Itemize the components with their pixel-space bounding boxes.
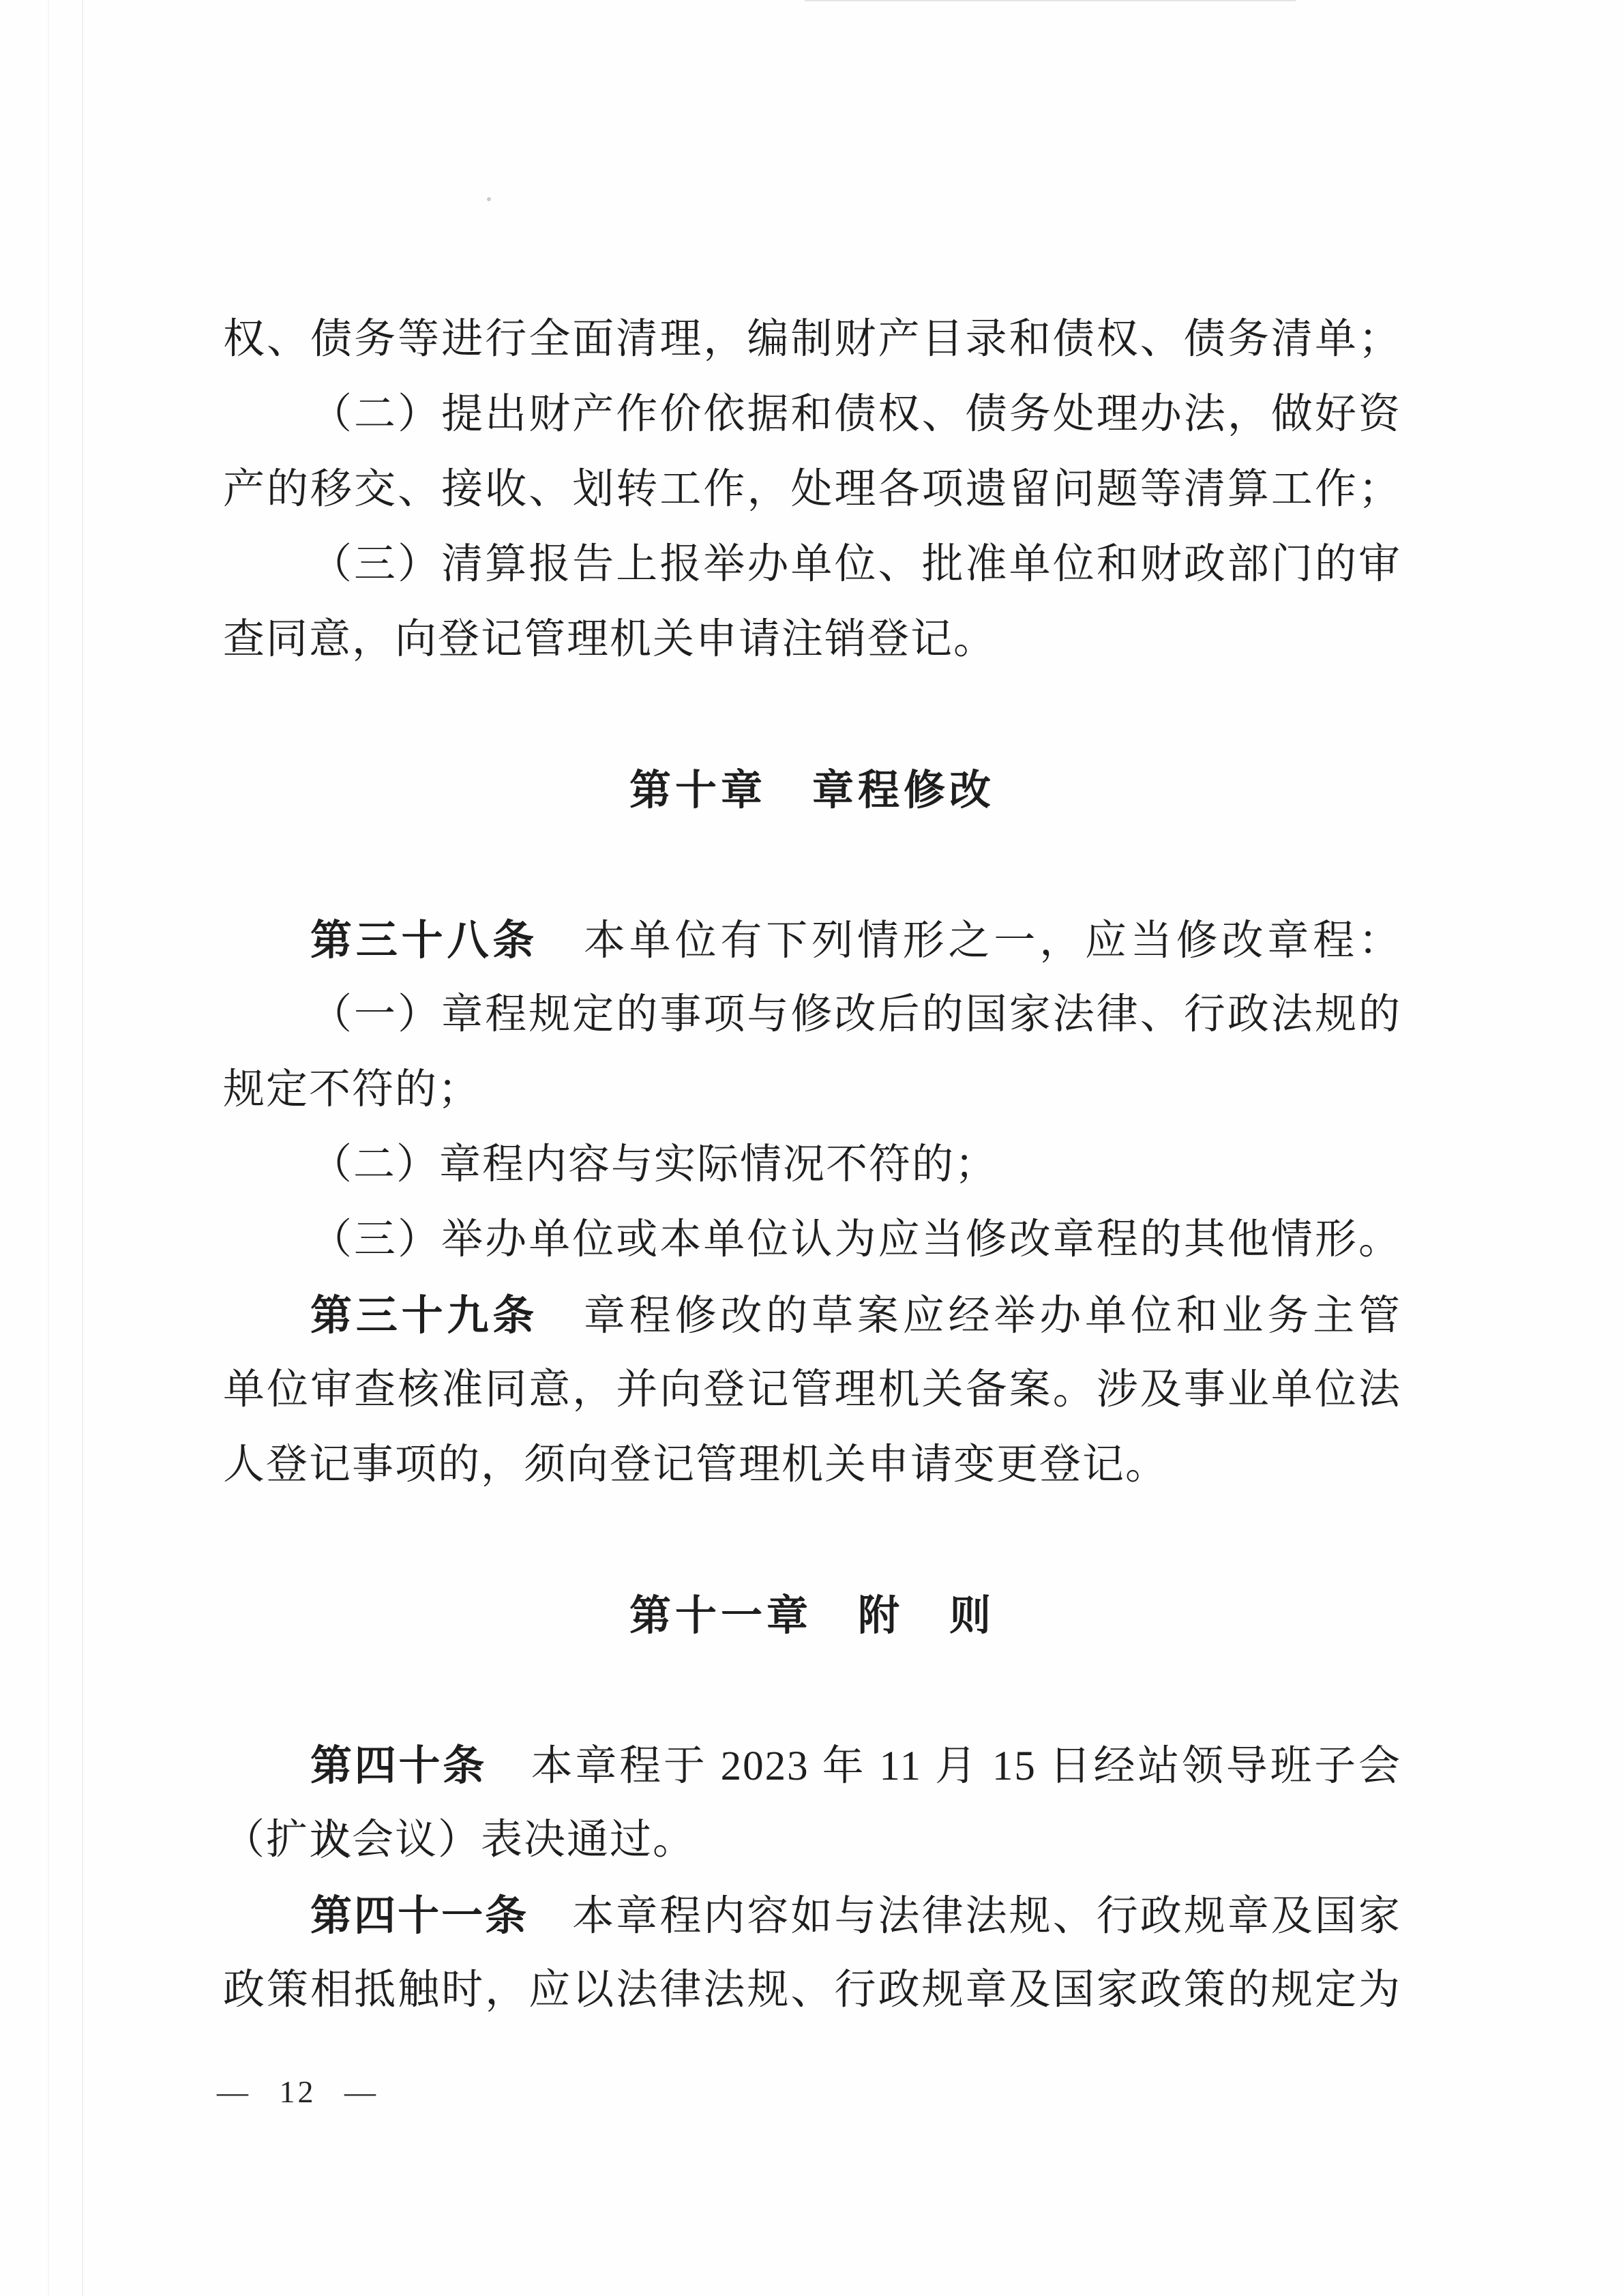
article-40-line: 第四十条 本章程于 2023 年 11 月 15 日经站领导班子会议 xyxy=(223,1728,1401,1803)
body-line: 规定不符的； xyxy=(223,1053,1401,1128)
article-39-line: 第三十九条 章程修改的草案应经举办单位和业务主管 xyxy=(223,1278,1401,1353)
body-line: （扩大会议）表决通过。 xyxy=(223,1803,1401,1878)
blank-line xyxy=(223,1653,1401,1728)
body-line: 产的移交、接收、划转工作，处理各项遗留问题等清算工作； xyxy=(223,452,1401,527)
article-38-line: 第三十八条 本单位有下列情形之一，应当修改章程： xyxy=(223,902,1401,977)
article-38-number: 第三十八条 xyxy=(310,917,538,963)
clause-3-line: （三）举办单位或本单位认为应当修改章程的其他情形。 xyxy=(223,1203,1401,1278)
page-number: — 12 — xyxy=(217,2055,378,2130)
blank-line xyxy=(223,677,1401,752)
scan-speck xyxy=(487,197,491,201)
body-line: 权、债务等进行全面清理，编制财产目录和债权、债务清单； xyxy=(223,302,1401,377)
scan-artifact-line xyxy=(82,0,83,2296)
body-line: 人登记事项的，须向登记管理机关申请变更登记。 xyxy=(223,1428,1401,1503)
article-40-number: 第四十条 xyxy=(310,1742,487,1789)
scan-edge-artifact xyxy=(805,0,1296,1)
blank-line xyxy=(223,1503,1401,1578)
clause-2-line: （二）章程内容与实际情况不符的； xyxy=(223,1128,1401,1203)
article-41-line: 第四十一条 本章程内容如与法律法规、行政规章及国家 xyxy=(223,1878,1401,1953)
clause-1-line: （一）章程规定的事项与修改后的国家法律、行政法规的 xyxy=(223,977,1401,1053)
article-41-text: 本章程内容如与法律法规、行政规章及国家 xyxy=(528,1894,1401,1939)
body-line: 查同意，向登记管理机关申请注销登记。 xyxy=(223,602,1401,677)
scanned-document-page: 权、债务等进行全面清理，编制财产目录和债权、债务清单； （二）提出财产作价依据和… xyxy=(0,0,1623,2296)
article-39-number: 第三十九条 xyxy=(310,1292,538,1338)
scan-artifact-line xyxy=(48,0,49,2296)
clause-3-line: （三）清算报告上报举办单位、批准单位和财政部门的审 xyxy=(223,527,1401,602)
body-line: 单位审查核准同意，并向登记管理机关备案。涉及事业单位法 xyxy=(223,1353,1401,1428)
article-41-number: 第四十一条 xyxy=(310,1892,528,1939)
article-38-text: 本单位有下列情形之一，应当修改章程： xyxy=(538,918,1401,964)
blank-line xyxy=(223,827,1401,902)
article-39-text: 章程修改的草案应经举办单位和业务主管 xyxy=(538,1293,1401,1339)
chapter-11-heading: 第十一章 附 则 xyxy=(223,1578,1401,1653)
clause-2-line: （二）提出财产作价依据和债权、债务处理办法，做好资 xyxy=(223,377,1401,452)
page-content: 权、债务等进行全面清理，编制财产目录和债权、债务清单； （二）提出财产作价依据和… xyxy=(223,302,1401,2028)
body-line: 政策相抵触时，应以法律法规、行政规章及国家政策的规定为 xyxy=(223,1953,1401,2028)
chapter-10-heading: 第十章 章程修改 xyxy=(223,752,1401,827)
